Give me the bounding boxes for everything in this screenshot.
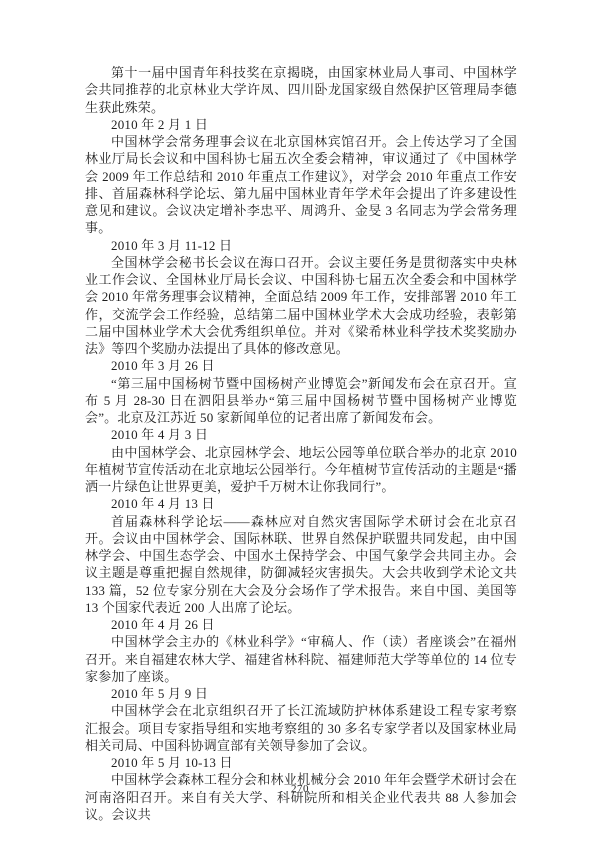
entry-paragraph: 首届森林科学论坛——森林应对自然灾害国际学术研讨会在北京召开。会议由中国林学会、… [85,513,517,617]
entry-paragraph: 第十一届中国青年科技奖在京揭晓，由国家林业局人事司、中国林学会共同推荐的北京林业… [85,64,517,116]
entry-paragraph: 中国林学会森林工程分会和林业机械分会 2010 年年会暨学术研讨会在河南洛阳召开… [85,771,517,823]
entry-date-line: 2010 年 4 月 13 日 [85,495,517,512]
entry-date-line: 2010 年 5 月 9 日 [85,685,517,702]
entry-paragraph: 由中国林学会、北京园林学会、地坛公园等单位联合举办的北京 2010 年植树节宣传… [85,444,517,496]
entry-paragraph: 全国林学会秘书长会议在海口召开。会议主要任务是贯彻落实中央林业工作会议、全国林业… [85,254,517,358]
entry-date-line: 2010 年 4 月 26 日 [85,616,517,633]
entry-paragraph: “第三届中国杨树节暨中国杨树产业博览会”新闻发布会在京召开。宣布 5 月 28-… [85,375,517,427]
page-number: 270 [0,783,600,795]
chronicle-text-block: 第十一届中国青年科技奖在京揭晓，由国家林业局人事司、中国林学会共同推荐的北京林业… [85,64,517,823]
entry-date-line: 2010 年 5 月 10-13 日 [85,754,517,771]
entry-date-line: 2010 年 4 月 3 日 [85,426,517,443]
entry-paragraph: 中国林学会在北京组织召开了长江流域防护林体系建设工程专家考察汇报会。项目专家指导… [85,702,517,754]
entry-paragraph: 中国林学会常务理事会议在北京国林宾馆召开。会上传达学习了全国林业厅局长会议和中国… [85,133,517,237]
entry-date-line: 2010 年 2 月 1 日 [85,116,517,133]
book-page: 第十一届中国青年科技奖在京揭晓，由国家林业局人事司、中国林学会共同推荐的北京林业… [0,0,600,848]
entry-date-line: 2010 年 3 月 11-12 日 [85,237,517,254]
entry-date-line: 2010 年 3 月 26 日 [85,357,517,374]
entry-paragraph: 中国林学会主办的《林业科学》“审稿人、作（读）者座谈会”在福州召开。来自福建农林… [85,633,517,685]
